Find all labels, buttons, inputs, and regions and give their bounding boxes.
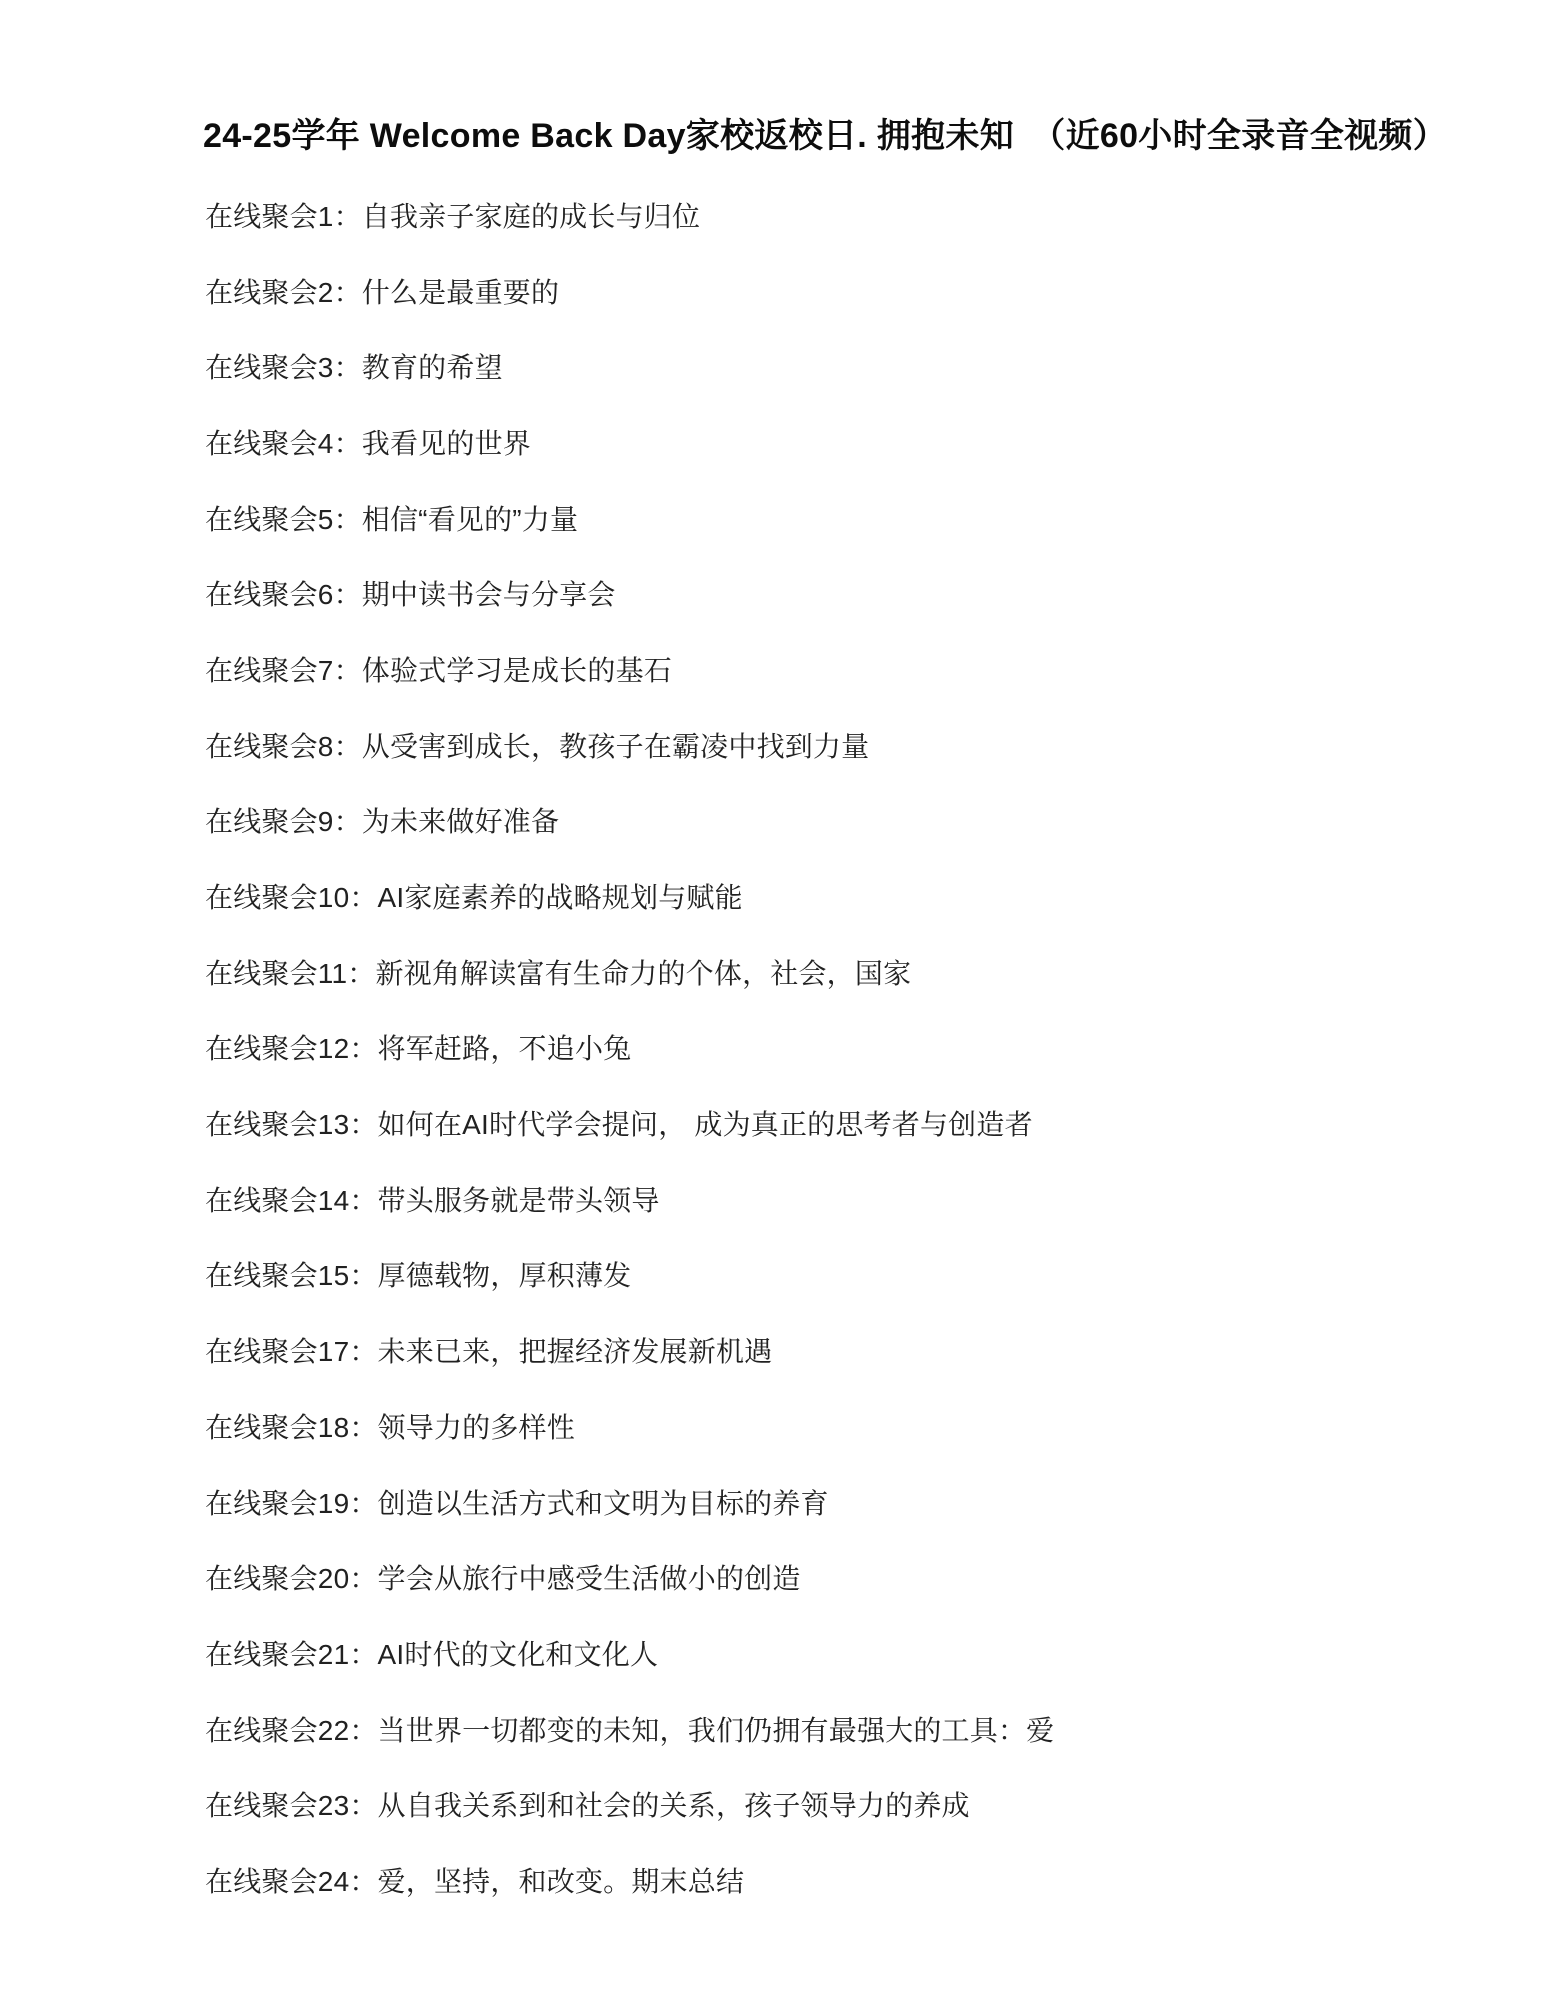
meeting-topic: 如何在AI时代学会提问， 成为真正的思考者与创造者 (378, 1103, 1033, 1143)
meeting-label: 在线聚会6： (205, 573, 362, 613)
list-item: 在线聚会12：将军赶路，不追小兔 (205, 1010, 1054, 1086)
list-item: 在线聚会6：期中读书会与分享会 (205, 555, 1054, 631)
meeting-label: 在线聚会7： (205, 649, 362, 689)
meeting-topic: 相信“看见的”力量 (362, 498, 578, 538)
list-item: 在线聚会24：爱，坚持，和改变。期末总结 (205, 1842, 1054, 1918)
list-item: 在线聚会19：创造以生活方式和文明为目标的养育 (205, 1464, 1054, 1540)
meeting-label: 在线聚会10： (205, 876, 378, 916)
meeting-label: 在线聚会2： (205, 271, 362, 311)
meeting-label: 在线聚会19： (205, 1482, 378, 1522)
meeting-topic: 自我亲子家庭的成长与归位 (362, 195, 700, 235)
meeting-topic: 什么是最重要的 (362, 271, 559, 311)
list-item: 在线聚会21：AI时代的文化和文化人 (205, 1615, 1054, 1691)
list-item: 在线聚会14：带头服务就是带头领导 (205, 1161, 1054, 1237)
list-item: 在线聚会5：相信“看见的”力量 (205, 480, 1054, 556)
meeting-topic: 带头服务就是带头领导 (378, 1179, 660, 1219)
meeting-topic: 从受害到成长，教孩子在霸凌中找到力量 (362, 725, 870, 765)
meeting-label: 在线聚会12： (205, 1027, 378, 1067)
meeting-topic: 创造以生活方式和文明为目标的养育 (378, 1482, 829, 1522)
list-item: 在线聚会9：为未来做好准备 (205, 783, 1054, 859)
meeting-list: 在线聚会1：自我亲子家庭的成长与归位 在线聚会2：什么是最重要的 在线聚会3：教… (205, 177, 1054, 1918)
meeting-label: 在线聚会21： (205, 1633, 378, 1673)
meeting-label: 在线聚会18： (205, 1406, 378, 1446)
list-item: 在线聚会18：领导力的多样性 (205, 1388, 1054, 1464)
meeting-label: 在线聚会20： (205, 1557, 378, 1597)
meeting-label: 在线聚会23： (205, 1784, 378, 1824)
document-page: 24-25学年 Welcome Back Day家校返校日. 拥抱未知 （近60… (0, 0, 1545, 2000)
list-item: 在线聚会3：教育的希望 (205, 328, 1054, 404)
meeting-label: 在线聚会17： (205, 1330, 378, 1370)
meeting-topic: 我看见的世界 (362, 422, 531, 462)
meeting-label: 在线聚会14： (205, 1179, 378, 1219)
list-item: 在线聚会7：体验式学习是成长的基石 (205, 631, 1054, 707)
meeting-label: 在线聚会5： (205, 498, 362, 538)
meeting-label: 在线聚会22： (205, 1709, 378, 1749)
meeting-label: 在线聚会4： (205, 422, 362, 462)
list-item: 在线聚会13：如何在AI时代学会提问， 成为真正的思考者与创造者 (205, 1085, 1054, 1161)
meeting-topic: 教育的希望 (362, 346, 503, 386)
meeting-topic: 体验式学习是成长的基石 (362, 649, 672, 689)
list-item: 在线聚会8：从受害到成长，教孩子在霸凌中找到力量 (205, 707, 1054, 783)
meeting-topic: 学会从旅行中感受生活做小的创造 (378, 1557, 801, 1597)
list-item: 在线聚会2：什么是最重要的 (205, 253, 1054, 329)
list-item: 在线聚会10：AI家庭素养的战略规划与赋能 (205, 858, 1054, 934)
list-item: 在线聚会11：新视角解读富有生命力的个体，社会，国家 (205, 934, 1054, 1010)
meeting-topic: 领导力的多样性 (378, 1406, 575, 1446)
meeting-topic: 将军赶路，不追小兔 (378, 1027, 632, 1067)
meeting-label: 在线聚会1： (205, 195, 362, 235)
list-item: 在线聚会22：当世界一切都变的未知，我们仍拥有最强大的工具：爱 (205, 1691, 1054, 1767)
meeting-label: 在线聚会24： (205, 1860, 378, 1900)
meeting-topic: 未来已来，把握经济发展新机遇 (378, 1330, 773, 1370)
meeting-topic: AI家庭素养的战略规划与赋能 (378, 876, 743, 916)
list-item: 在线聚会4：我看见的世界 (205, 404, 1054, 480)
meeting-label: 在线聚会11： (205, 952, 375, 992)
list-item: 在线聚会20：学会从旅行中感受生活做小的创造 (205, 1539, 1054, 1615)
meeting-topic: 当世界一切都变的未知，我们仍拥有最强大的工具：爱 (378, 1709, 1055, 1749)
meeting-topic: 爱，坚持，和改变。期末总结 (378, 1860, 745, 1900)
list-item: 在线聚会1：自我亲子家庭的成长与归位 (205, 177, 1054, 253)
list-item: 在线聚会23：从自我关系到和社会的关系，孩子领导力的养成 (205, 1766, 1054, 1842)
list-item: 在线聚会17：未来已来，把握经济发展新机遇 (205, 1312, 1054, 1388)
meeting-topic: 为未来做好准备 (362, 800, 559, 840)
meeting-label: 在线聚会15： (205, 1254, 378, 1294)
meeting-topic: 从自我关系到和社会的关系，孩子领导力的养成 (378, 1784, 970, 1824)
meeting-topic: 新视角解读富有生命力的个体，社会，国家 (375, 952, 911, 992)
meeting-label: 在线聚会8： (205, 725, 362, 765)
document-title: 24-25学年 Welcome Back Day家校返校日. 拥抱未知 （近60… (203, 112, 1343, 160)
meeting-topic: 厚德载物，厚积薄发 (378, 1254, 632, 1294)
list-item: 在线聚会15：厚德载物，厚积薄发 (205, 1237, 1054, 1313)
meeting-label: 在线聚会9： (205, 800, 362, 840)
meeting-topic: AI时代的文化和文化人 (378, 1633, 659, 1673)
meeting-label: 在线聚会3： (205, 346, 362, 386)
meeting-topic: 期中读书会与分享会 (362, 573, 616, 613)
meeting-label: 在线聚会13： (205, 1103, 378, 1143)
